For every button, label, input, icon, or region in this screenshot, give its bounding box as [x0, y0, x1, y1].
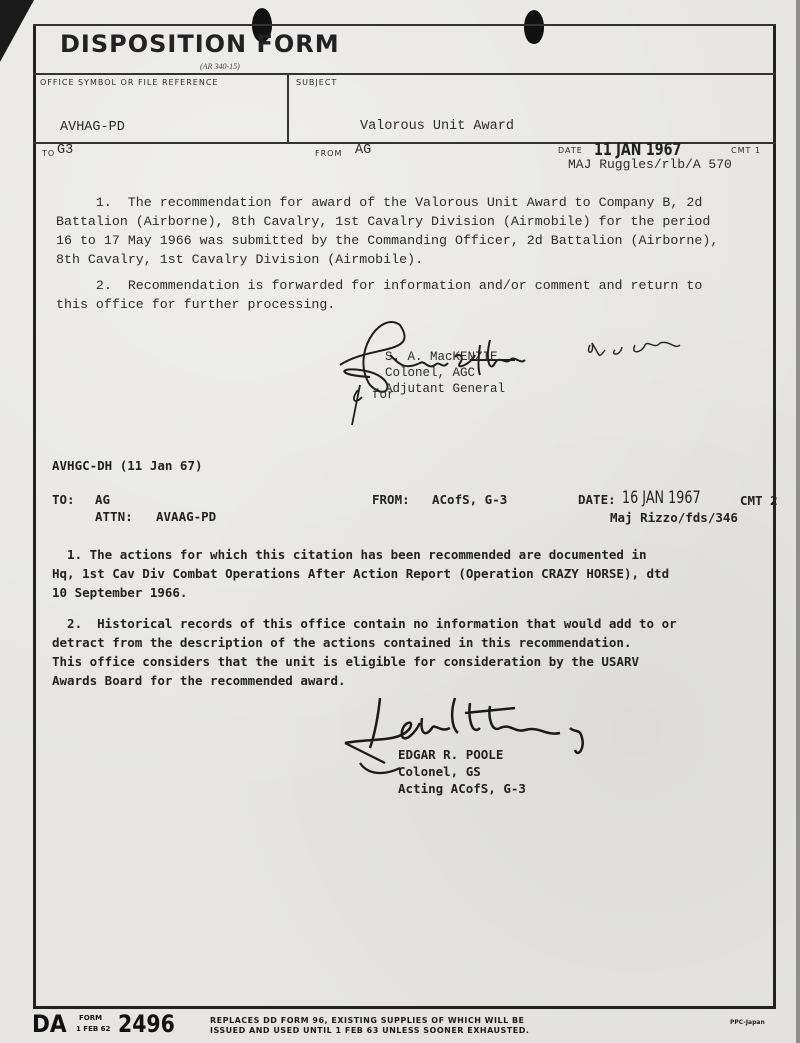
header-rule-1	[33, 73, 776, 75]
footer-form-number: 2496	[118, 1010, 175, 1038]
header-divider	[287, 73, 289, 143]
comment2-reference: AVHGC-DH (11 Jan 67)	[52, 458, 203, 473]
comment1-paragraph-1: 1. The recommendation for award of the V…	[56, 193, 718, 269]
office-symbol-value: AVHAG-PD	[60, 120, 125, 135]
to-value: G3	[57, 143, 73, 158]
comment2-to-value: AG	[95, 492, 110, 507]
footer-printer: PPC-Japan	[730, 1019, 765, 1026]
office-symbol-label: OFFICE SYMBOL OR FILE REFERENCE	[40, 78, 218, 87]
regulation-reference: (AR 340-15)	[200, 62, 240, 71]
comment2-attn-label: ATTN:	[95, 509, 133, 524]
to-label: TO	[42, 149, 55, 158]
comment-number: CMT 1	[731, 146, 761, 155]
comment2-date-stamp: 16 JAN 1967	[622, 488, 701, 508]
footer-da: DA	[32, 1010, 67, 1038]
author-line: MAJ Ruggles/rlb/A 570	[568, 157, 732, 172]
date-label: DATE	[558, 146, 583, 155]
folded-corner	[0, 0, 34, 62]
form-title: DISPOSITION FORM	[60, 30, 340, 58]
footer-form-date: 1 FEB 62	[76, 1025, 110, 1033]
comment1-paragraph-2: 2. Recommendation is forwarded for infor…	[56, 276, 702, 314]
comment2-author-line: Maj Rizzo/fds/346	[610, 510, 738, 525]
document-page: DISPOSITION FORM (AR 340-15) OFFICE SYMB…	[0, 0, 796, 1043]
footer-replacement-note: REPLACES DD FORM 96, EXISTING SUPPLIES O…	[210, 1016, 529, 1036]
comment1-signer-block: S. A. MacKENZIE Colonel, AGC Adjutant Ge…	[385, 349, 505, 397]
top-rule	[33, 24, 776, 26]
from-value: AG	[355, 143, 371, 158]
comment2-date-label: DATE:	[578, 492, 616, 507]
comment2-from-value: ACofS, G-3	[432, 492, 507, 507]
comment2-attn-value: AVAAG-PD	[156, 509, 216, 524]
comment2-cmt-number: CMT 2	[740, 493, 778, 508]
from-label: FROM	[315, 149, 342, 158]
comment2-paragraph-1: 1. The actions for which this citation h…	[52, 545, 669, 602]
comment2-from-label: FROM:	[372, 492, 410, 507]
footer-form-label: FORM	[79, 1014, 102, 1022]
comment2-paragraph-2: 2. Historical records of this office con…	[52, 614, 677, 690]
comment2-signer-block: EDGAR R. POOLE Colonel, GS Acting ACofS,…	[398, 746, 526, 797]
comment2-to-label: TO:	[52, 492, 75, 507]
subject-value: Valorous Unit Award	[360, 119, 514, 134]
subject-label: SUBJECT	[296, 78, 337, 87]
